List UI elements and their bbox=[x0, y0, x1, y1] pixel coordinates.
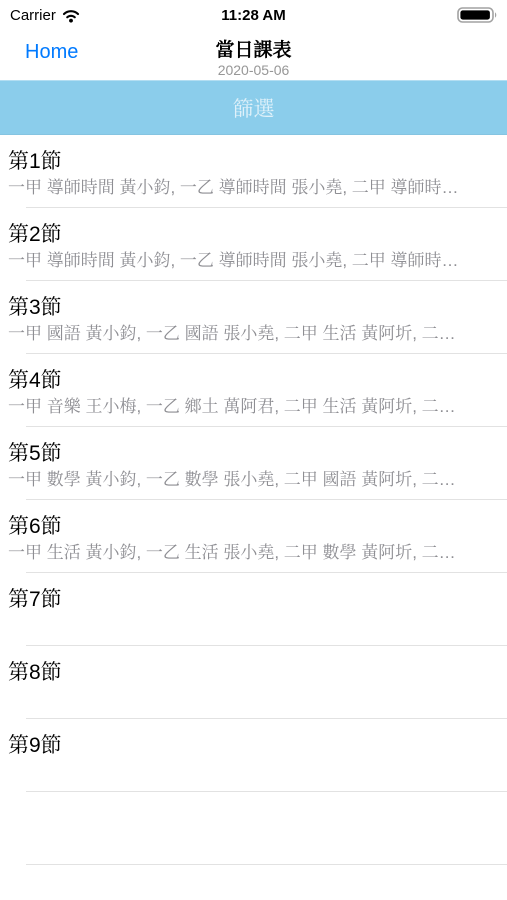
period-title: 第9節 bbox=[8, 732, 505, 759]
period-classes: 一甲 導師時間 黃小鈞, 一乙 導師時間 張小堯, 二甲 導師時… bbox=[8, 175, 505, 201]
period-title: 第3節 bbox=[8, 294, 505, 321]
back-button[interactable]: Home bbox=[25, 41, 78, 64]
period-title: 第7節 bbox=[8, 586, 505, 613]
period-title: 第4節 bbox=[8, 367, 505, 394]
schedule-row-period-4[interactable]: 第4節 一甲 音樂 王小梅, 一乙 鄉土 萬阿君, 二甲 生活 黃阿圻, 二… bbox=[0, 354, 507, 427]
period-title: 第5節 bbox=[8, 440, 505, 467]
schedule-row-period-1[interactable]: 第1節 一甲 導師時間 黃小鈞, 一乙 導師時間 張小堯, 二甲 導師時… bbox=[0, 135, 507, 208]
nav-title-group: 當日課表 2020-05-06 bbox=[80, 39, 427, 79]
schedule-row-period-5[interactable]: 第5節 一甲 數學 黃小鈞, 一乙 數學 張小堯, 二甲 國語 黃阿圻, 二… bbox=[0, 427, 507, 500]
page-title: 當日課表 bbox=[80, 39, 427, 62]
status-bar: Carrier 11:28 AM bbox=[0, 0, 507, 30]
schedule-row-period-8[interactable]: 第8節 bbox=[0, 646, 507, 719]
schedule-row-period-7[interactable]: 第7節 bbox=[0, 573, 507, 646]
battery-icon bbox=[457, 7, 499, 23]
period-classes: 一甲 數學 黃小鈞, 一乙 數學 張小堯, 二甲 國語 黃阿圻, 二… bbox=[8, 467, 505, 493]
period-title: 第8節 bbox=[8, 659, 505, 686]
period-title: 第6節 bbox=[8, 513, 505, 540]
period-title: 第2節 bbox=[8, 221, 505, 248]
period-classes: 一甲 生活 黃小鈞, 一乙 生活 張小堯, 二甲 數學 黃阿圻, 二… bbox=[8, 540, 505, 566]
period-title: 第1節 bbox=[8, 148, 505, 175]
schedule-list: 第1節 一甲 導師時間 黃小鈞, 一乙 導師時間 張小堯, 二甲 導師時… 第2… bbox=[0, 135, 507, 865]
filter-button-label: 篩選 bbox=[233, 93, 275, 123]
filter-button[interactable]: 篩選 bbox=[0, 80, 507, 135]
period-classes: 一甲 音樂 王小梅, 一乙 鄉土 萬阿君, 二甲 生活 黃阿圻, 二… bbox=[8, 394, 505, 420]
schedule-row-period-3[interactable]: 第3節 一甲 國語 黃小鈞, 一乙 國語 張小堯, 二甲 生活 黃阿圻, 二… bbox=[0, 281, 507, 354]
status-time: 11:28 AM bbox=[0, 7, 507, 24]
schedule-row-period-6[interactable]: 第6節 一甲 生活 黃小鈞, 一乙 生活 張小堯, 二甲 數學 黃阿圻, 二… bbox=[0, 500, 507, 573]
page-date: 2020-05-06 bbox=[80, 62, 427, 79]
schedule-row-empty[interactable] bbox=[0, 792, 507, 865]
schedule-row-period-2[interactable]: 第2節 一甲 導師時間 黃小鈞, 一乙 導師時間 張小堯, 二甲 導師時… bbox=[0, 208, 507, 281]
nav-bar: Home 當日課表 2020-05-06 bbox=[0, 30, 507, 80]
period-classes: 一甲 導師時間 黃小鈞, 一乙 導師時間 張小堯, 二甲 導師時… bbox=[8, 248, 505, 274]
schedule-row-period-9[interactable]: 第9節 bbox=[0, 719, 507, 792]
period-classes: 一甲 國語 黃小鈞, 一乙 國語 張小堯, 二甲 生活 黃阿圻, 二… bbox=[8, 321, 505, 347]
